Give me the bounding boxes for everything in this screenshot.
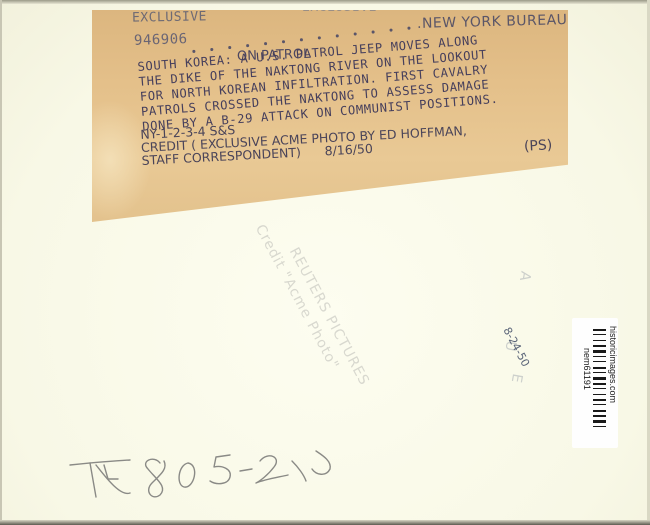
top-edge [0,0,650,4]
photo-number: 946906 [134,31,188,49]
faint-stamp-letter: E [508,372,525,384]
credit-stamp-line2: Credit "Acme Photo" [252,222,342,373]
initials: (PS) [524,137,553,154]
faint-stamp-letter: A [516,270,533,282]
barcode-sticker: historicimages.com nem61191 [572,318,618,448]
barcode-icon [593,329,606,437]
caption-clipping: EXCLUSIVE EXCLUSIVE .NEW YORK BUREAU 946… [92,10,568,222]
photo-back: REUTERS PICTURES Credit "Acme Photo" EXC… [0,0,650,525]
sticker-site: historicimages.com [608,326,618,403]
pencil-handwriting: A 805-24 [60,435,380,515]
sticker-id: nem61191 [582,348,592,390]
bottom-edge [0,520,650,525]
header-left: EXCLUSIVE [132,9,207,25]
left-edge [0,0,2,525]
